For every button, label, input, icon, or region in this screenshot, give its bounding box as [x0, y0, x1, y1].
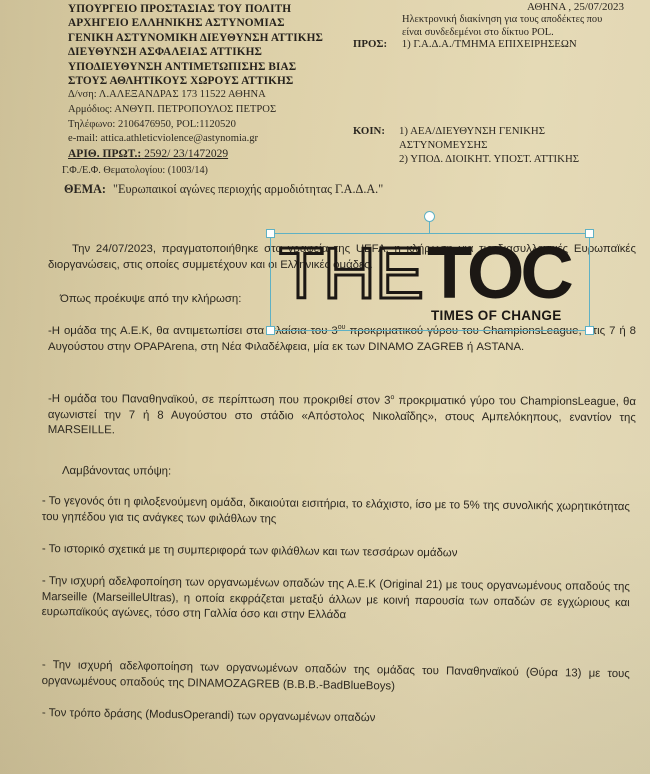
cc-item: 2) ΥΠΟΔ. ΔΙΟΙΚΗΤ. ΥΠΟΣΤ. ΑΤΤΙΚΗΣ — [399, 152, 579, 166]
recipient-item: 1) Γ.Α.Δ.Α./ΤΜΗΜΑ ΕΠΙΧΕΙΡΗΣΕΩΝ — [402, 38, 577, 50]
resize-handle-top-right[interactable] — [585, 229, 594, 238]
watermark-logo-the: THE — [279, 238, 423, 310]
agency-line: ΥΠΟΥΡΓΕΙΟ ΠΡΟΣΤΑΣΙΑΣ ΤΟΥ ΠΟΛΙΤΗ — [68, 2, 368, 16]
rotate-handle[interactable] — [424, 211, 435, 222]
document-date: ΑΘΗΝΑ , 25/07/2023 — [527, 1, 624, 13]
protocol-value: 2592/ 23/1472029 — [144, 148, 228, 160]
agency-line: ΔΙΕΥΘΥΝΣΗ ΑΣΦΑΛΕΙΑΣ ΑΤΤΙΚΗΣ — [68, 45, 368, 59]
protocol-number: ΑΡΙΘ. ΠΡΩΤ.: 2592/ 23/1472029 — [68, 147, 368, 162]
address: Δ/νση: Λ.ΑΛΕΞΑΝΔΡΑΣ 173 11522 ΑΘΗΝΑ — [68, 88, 368, 103]
watermark-logo-toc: TOC — [427, 236, 570, 310]
watermark-tagline: TIMES OF CHANGE — [431, 308, 562, 323]
sender-block: ΥΠΟΥΡΓΕΙΟ ΠΡΟΣΤΑΣΙΑΣ ΤΟΥ ΠΟΛΙΤΗ ΑΡΧΗΓΕΙΟ… — [68, 2, 368, 178]
pao-text-start: -Η ομάδα του Παναθηναϊκού, σε περίπτωση … — [48, 393, 391, 407]
consideration-item: - Το γεγονός ότι η φιλοξενούμενη ομάδα, … — [42, 494, 630, 531]
watermark-selection-frame[interactable]: THE TOC TIMES OF CHANGE — [270, 233, 590, 331]
agency-line: ΑΡΧΗΓΕΙΟ ΕΛΛΗΝΙΚΗΣ ΑΣΤΥΝΟΜΙΑΣ — [68, 16, 368, 30]
consideration-item: - Την ισχυρή αδελφοποίηση των οργανωμένω… — [42, 658, 630, 698]
cc-item: 1) ΑΕΑ/ΔΙΕΥΘΥΝΣΗ ΓΕΝΙΚΗΣ — [399, 124, 579, 138]
consideration-item: - Τον τρόπο δράσης (ModusOperandi) των ο… — [42, 706, 630, 731]
cc-label: ΚΟΙΝ: — [353, 124, 385, 138]
protocol-label: ΑΡΙΘ. ΠΡΩΤ.: — [68, 148, 141, 160]
resize-handle-bottom-right[interactable] — [585, 326, 594, 335]
subject-line: ΘΕΜΑ: "Ευρωπαικοί αγώνες περιοχής αρμοδι… — [64, 182, 383, 197]
considering-heading: Λαμβάνοντας υπόψη: — [62, 464, 650, 483]
resize-handle-bottom-left[interactable] — [266, 326, 275, 335]
to-label: ΠΡΟΣ: — [353, 38, 399, 50]
agency-line: ΓΕΝΙΚΗ ΑΣΤΥΝΟΜΙΚΗ ΔΙΕΥΘΥΝΣΗ ΑΤΤΙΚΗΣ — [68, 31, 368, 45]
thematic-reference: Γ.Φ./Ε.Φ. Θεματολογίου: (1003/14) — [62, 164, 368, 178]
consideration-item: - Το ιστορικό σχετικά με τη συμπεριφορά … — [42, 542, 630, 564]
pao-paragraph: -Η ομάδα του Παναθηναϊκού, σε περίπτωση … — [48, 392, 636, 442]
cc-recipients: ΚΟΙΝ: 1) ΑΕΑ/ΔΙΕΥΘΥΝΣΗ ΓΕΝΙΚΗΣ ΑΣΤΥΝΟΜΕΥ… — [353, 124, 579, 166]
resize-handle-top-left[interactable] — [266, 229, 275, 238]
phone: Τηλέφωνο: 2106476950, POL:1120520 — [68, 118, 368, 133]
agency-line: ΥΠΟΔΙΕΥΘΥΝΣΗ ΑΝΤΙΜΕΤΩΠΙΣΗΣ ΒΙΑΣ — [68, 60, 368, 74]
recipients: ΠΡΟΣ: 1) Γ.Α.Δ.Α./ΤΜΗΜΑ ΕΠΙΧΕΙΡΗΣΕΩΝ — [353, 38, 577, 50]
responsible-officer: Αρμόδιος: ΑΝΘΥΠ. ΠΕΤΡΟΠΟΥΛΟΣ ΠΕΤΡΟΣ — [68, 103, 368, 118]
consideration-item: - Την ισχυρή αδελφοποίηση των οργανωμένω… — [42, 574, 630, 627]
cc-item: ΑΣΤΥΝΟΜΕΥΣΗΣ — [399, 138, 579, 152]
distribution-note: Ηλεκτρονική διακίνηση για τους αποδέκτες… — [402, 13, 622, 39]
subject-text: "Ευρωπαικοί αγώνες περιοχής αρμοδιότητας… — [113, 182, 383, 196]
agency-line: ΣΤΟΥΣ ΑΘΛΗΤΙΚΟΥΣ ΧΩΡΟΥΣ ΑΤΤΙΚΗΣ — [68, 74, 368, 88]
email: e-mail: attica.athleticviolence@astynomi… — [68, 132, 368, 147]
subject-label: ΘΕΜΑ: — [64, 182, 106, 196]
